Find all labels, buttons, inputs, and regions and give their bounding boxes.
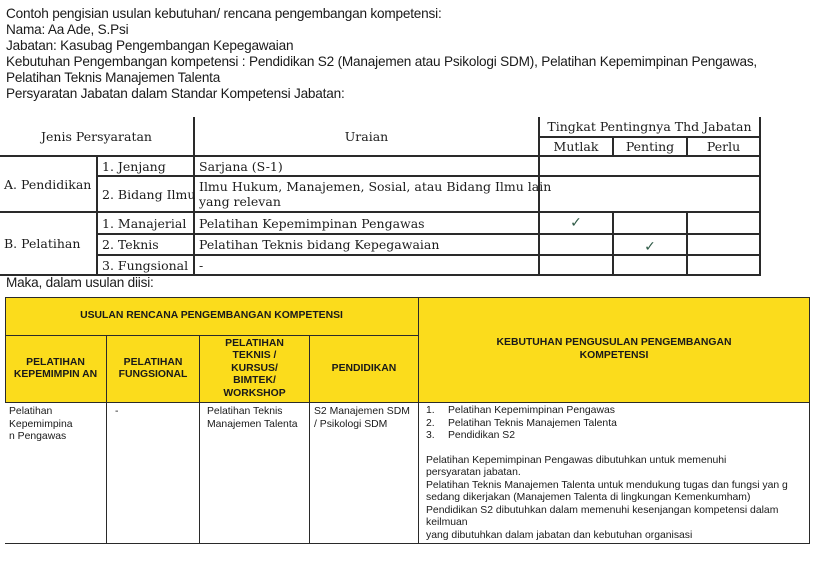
needs-para-3: Pendidikan S2 dibutuhkan dalam memenuhi …	[426, 505, 798, 530]
intro-line-name: Nama: Aa Ade, S.Psi	[6, 22, 757, 38]
needs-list-item: 3.Pendidikan S2	[426, 430, 805, 443]
group-pelatihan: B. Pelatihan	[0, 213, 96, 274]
item-teknis: 2. Teknis	[98, 235, 193, 254]
header-penting: Penting	[614, 138, 686, 155]
check-icon-teknis-penting: ✓	[614, 237, 686, 256]
header-jenis: Jenis Persyaratan	[0, 117, 193, 155]
needs-para-1: Pelatihan Kepemimpinan Pengawas dibutuhk…	[426, 455, 766, 480]
item-fungsional: 3. Fungsional	[98, 256, 193, 274]
cell-fungsional: -	[107, 403, 199, 543]
header-pendidikan: PENDIDIKAN	[310, 336, 418, 402]
header-tingkat: Tingkat Pentingnya Thd Jabatan	[540, 117, 759, 136]
uraian-bidang-ilmu: Ilmu Hukum, Manajemen, Sosial, atau Bida…	[195, 177, 538, 211]
item-jenjang: 1. Jenjang	[98, 157, 193, 175]
needs-para-4: yang dibutuhkan dalam jabatan dan kebutu…	[426, 530, 805, 543]
header-uraian: Uraian	[195, 117, 538, 155]
uraian-bidang-ilmu-line2: yang relevan	[199, 194, 281, 209]
header-teknis: PELATIHAN TEKNIS / KURSUS/ BIMTEK/ WORKS…	[200, 336, 309, 402]
header-mutlak: Mutlak	[540, 138, 612, 155]
intro-line-needs: Kebutuhan Pengembangan kompetensi : Pend…	[6, 54, 757, 70]
header-kebutuhan: KEBUTUHAN PENGUSULAN PENGEMBANGAN KOMPET…	[419, 297, 809, 402]
cell-pendidikan: S2 Manajemen SDM / Psikologi SDM	[310, 403, 418, 543]
group-pendidikan: A. Pendidikan	[0, 157, 96, 211]
item-manajerial: 1. Manajerial	[98, 213, 193, 233]
cell-kepemimpinan: Pelatihan Kepemimpina n Pengawas	[5, 403, 106, 543]
requirements-table: Jenis Persyaratan Uraian Tingkat Penting…	[0, 117, 761, 276]
cell-kebutuhan: 1.Pelatihan Kepemimpinan Pengawas 2.Pela…	[419, 403, 809, 543]
intro-text: Contoh pengisian usulan kebutuhan/ renca…	[6, 6, 757, 102]
uraian-manajerial: Pelatihan Kepemimpinan Pengawas	[195, 213, 538, 233]
uraian-fungsional: -	[195, 256, 538, 274]
needs-list: 1.Pelatihan Kepemimpinan Pengawas 2.Pela…	[426, 405, 805, 443]
header-usulan: USULAN RENCANA PENGEMBANGAN KOMPETENSI	[5, 297, 418, 335]
uraian-bidang-ilmu-line1: Ilmu Hukum, Manajemen, Sosial, atau Bida…	[199, 179, 551, 194]
check-icon-manajerial-mutlak: ✓	[540, 213, 612, 233]
intro-line-needs-cont: Pelatihan Teknis Manajemen Talenta	[6, 70, 757, 86]
header-perlu: Perlu	[688, 138, 759, 155]
needs-para-2: Pelatihan Teknis Manajemen Talenta untuk…	[426, 480, 798, 505]
needs-list-item: 2.Pelatihan Teknis Manajemen Talenta	[426, 418, 805, 431]
item-bidang-ilmu: 2. Bidang Ilmu	[98, 177, 193, 211]
header-fungsional: PELATIHAN FUNGSIONAL	[107, 336, 199, 402]
intro-line-position: Jabatan: Kasubag Pengembangan Kepegawaia…	[6, 38, 757, 54]
proposal-table: USULAN RENCANA PENGEMBANGAN KOMPETENSI K…	[5, 297, 810, 544]
uraian-jenjang: Sarjana (S-1)	[195, 157, 538, 175]
uraian-teknis: Pelatihan Teknis bidang Kepegawaian	[195, 235, 538, 254]
cell-teknis: Pelatihan Teknis Manajemen Talenta	[200, 403, 309, 543]
header-kepemimpinan: PELATIHAN KEPEMIMPIN AN	[5, 336, 106, 402]
needs-list-item: 1.Pelatihan Kepemimpinan Pengawas	[426, 405, 805, 418]
intro-line-title: Contoh pengisian usulan kebutuhan/ renca…	[6, 6, 757, 22]
intro-line-requirements: Persyaratan Jabatan dalam Standar Kompet…	[6, 86, 757, 102]
maka-text: Maka, dalam usulan diisi:	[6, 275, 154, 291]
